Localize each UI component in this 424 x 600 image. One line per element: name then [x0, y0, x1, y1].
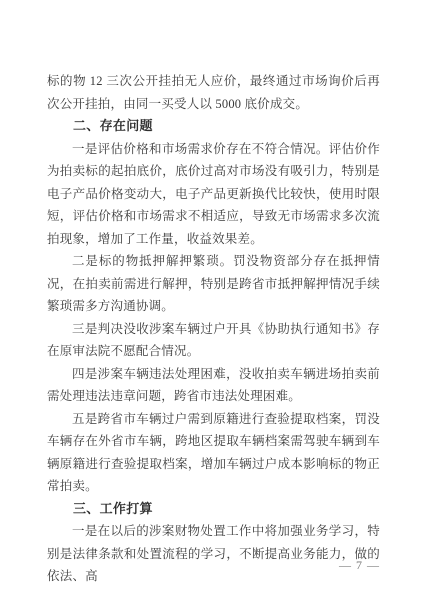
body-paragraph: 三是判决没收涉案车辆过户开具《协助执行通知书》存在原审法院不愿配合情况。 — [47, 318, 380, 363]
page-number: — 7 — — [339, 558, 380, 573]
body-paragraph: 五是跨省市车辆过户需到原籍进行查验提取档案，罚没车辆存在外省市车辆，跨地区提取车… — [47, 408, 380, 498]
document-page: 标的物 12 三次公开挂拍无人应价，最终通过市场询价后再次公开挂拍，由同一买受人… — [0, 0, 424, 600]
body-paragraph: 一是评估价格和市场需求价存在不符合情况。评估价作为拍卖标的起拍底价，底价过高对市… — [47, 138, 380, 251]
body-paragraph: 一是在以后的涉案财物处置工作中将加强业务学习，特别是法律条款和处置流程的学习，不… — [47, 520, 380, 588]
body-paragraph: 二是标的物抵押解押繁琐。罚没物资部分存在抵押情况，在拍卖前需进行解押，特别是跨省… — [47, 250, 380, 318]
section-heading: 二、存在问题 — [47, 115, 380, 138]
body-paragraph: 四是涉案车辆违法处理困难，没收拍卖车辆进场拍卖前需处理违法违章问题，跨省市违法处… — [47, 363, 380, 408]
document-body: 标的物 12 三次公开挂拍无人应价，最终通过市场询价后再次公开挂拍，由同一买受人… — [47, 70, 380, 588]
body-paragraph-continuation: 标的物 12 三次公开挂拍无人应价，最终通过市场询价后再次公开挂拍，由同一买受人… — [47, 70, 380, 115]
section-heading: 三、工作打算 — [47, 498, 380, 521]
